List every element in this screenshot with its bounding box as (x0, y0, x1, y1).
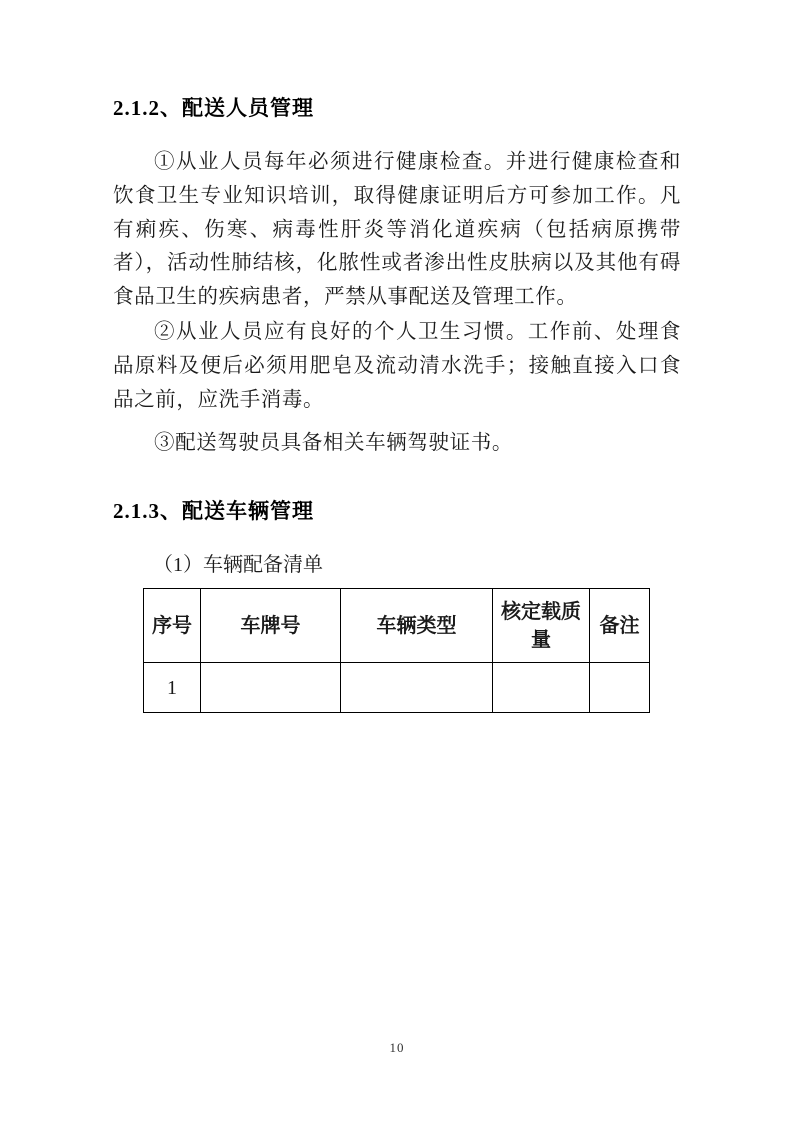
header-remarks: 备注 (590, 589, 650, 663)
cell-remarks (590, 663, 650, 713)
vehicle-table: 序号 车牌号 车辆类型 核定载质量 备注 1 (143, 588, 650, 713)
cell-approved-load (493, 663, 590, 713)
table-header-row: 序号 车牌号 车辆类型 核定载质量 备注 (144, 589, 650, 663)
document-page: 2.1.2、配送人员管理 ①从业人员每年必须进行健康检查。并进行健康检查和饮食卫… (0, 0, 794, 1123)
header-plate-number: 车牌号 (201, 589, 341, 663)
heading-vehicle-management: 2.1.3、配送车辆管理 (113, 497, 681, 526)
table-row: 1 (144, 663, 650, 713)
paragraph-hygiene-habits: ②从业人员应有良好的个人卫生习惯。工作前、处理食品原料及便后必须用肥皂及流动清水… (113, 316, 681, 417)
page-number: 10 (0, 1040, 794, 1056)
heading-title: 配送人员管理 (182, 97, 314, 120)
heading-title: 配送车辆管理 (182, 500, 314, 523)
heading-number: 2.1.2、 (113, 96, 182, 120)
heading-personnel-management: 2.1.2、配送人员管理 (113, 94, 681, 123)
heading-number: 2.1.3、 (113, 499, 182, 523)
header-approved-load: 核定载质量 (493, 589, 590, 663)
cell-serial-number: 1 (144, 663, 201, 713)
header-serial-number: 序号 (144, 589, 201, 663)
cell-vehicle-type (341, 663, 493, 713)
vehicle-list-label: （1）车辆配备清单 (113, 550, 681, 580)
paragraph-health-check: ①从业人员每年必须进行健康检查。并进行健康检查和饮食卫生专业知识培训，取得健康证… (113, 146, 681, 315)
cell-plate-number (201, 663, 341, 713)
paragraph-driver-license: ③配送驾驶员具备相关车辆驾驶证书。 (113, 427, 681, 461)
header-vehicle-type: 车辆类型 (341, 589, 493, 663)
